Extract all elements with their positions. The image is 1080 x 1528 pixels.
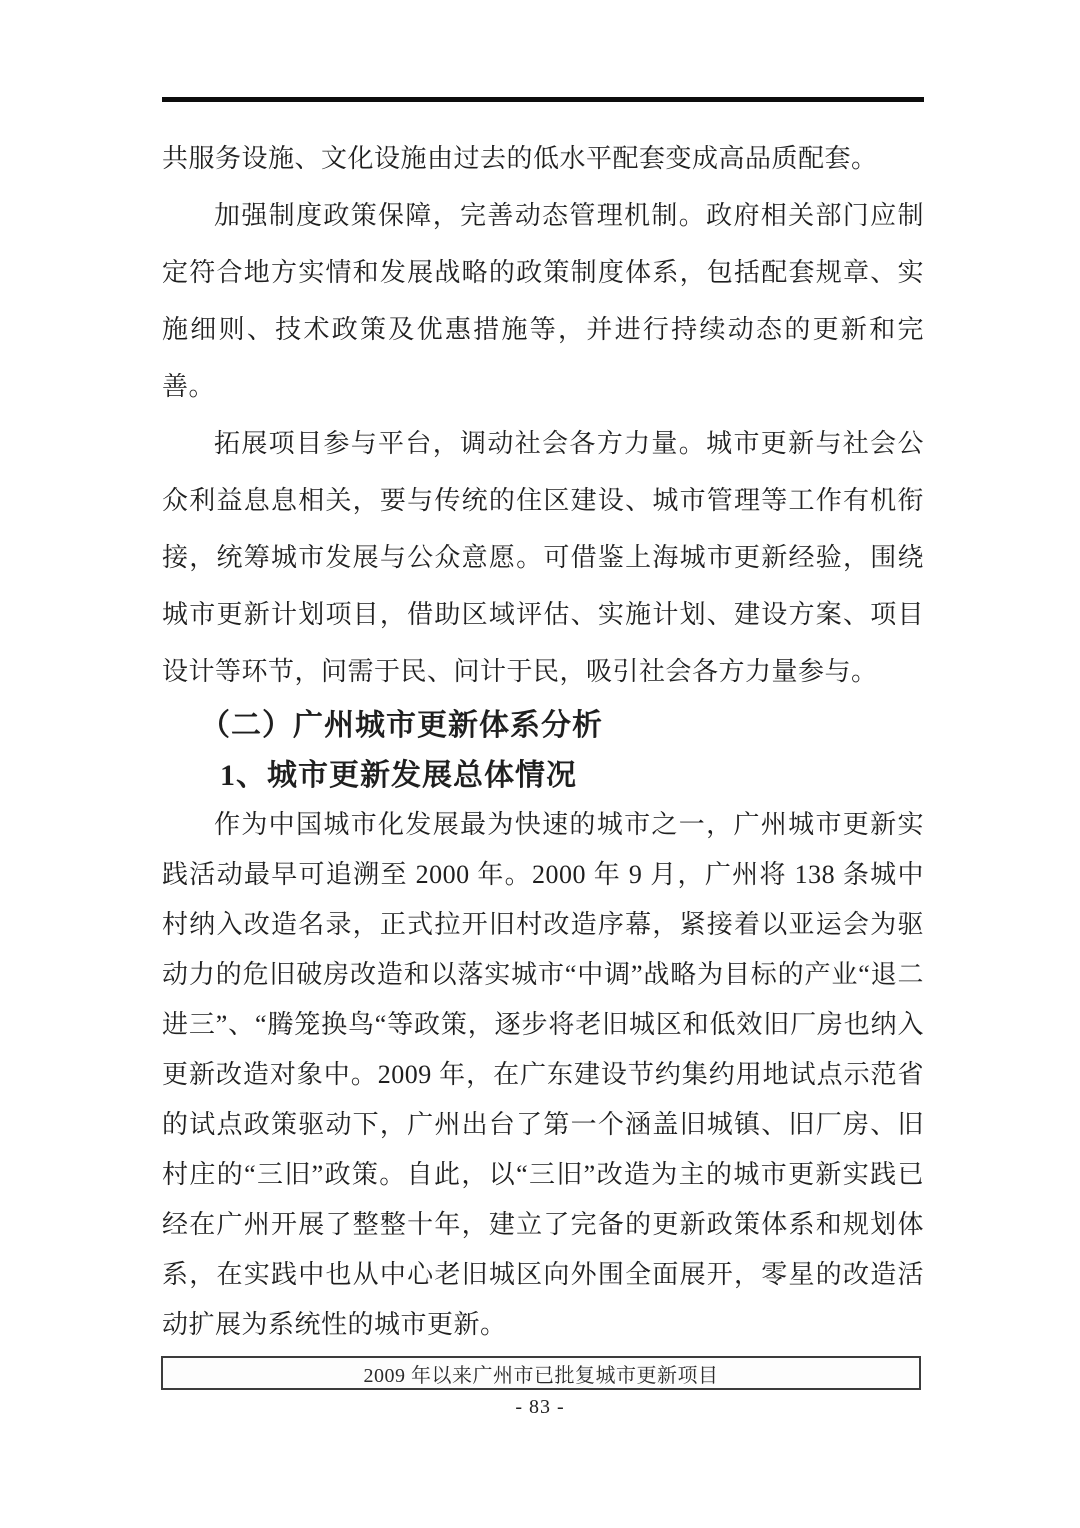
table-caption-cell: 2009 年以来广州市已批复城市更新项目	[161, 1356, 921, 1390]
paragraph-policy-guarantee: 加强制度政策保障，完善动态管理机制。政府相关部门应制定符合地方实情和发展战略的政…	[162, 187, 924, 415]
sub-heading-overall-development: 1、城市更新发展总体情况	[162, 752, 924, 800]
paragraph-continuation: 共服务设施、文化设施由过去的低水平配套变成高品质配套。	[162, 130, 924, 187]
page-number: - 83 -	[0, 1396, 1080, 1419]
page-body: 共服务设施、文化设施由过去的低水平配套变成高品质配套。 加强制度政策保障，完善动…	[162, 130, 924, 1350]
table-caption-text: 2009 年以来广州市已批复城市更新项目	[364, 1359, 719, 1388]
header-divider-rule	[162, 97, 924, 102]
section-heading-guangzhou-analysis: （二）广州城市更新体系分析	[162, 700, 924, 752]
paragraph-guangzhou-renewal-history: 作为中国城市化发展最为快速的城市之一，广州城市更新实践活动最早可追溯至 2000…	[162, 800, 924, 1350]
document-page: 共服务设施、文化设施由过去的低水平配套变成高品质配套。 加强制度政策保障，完善动…	[0, 0, 1080, 1528]
paragraph-participation-platform: 拓展项目参与平台，调动社会各方力量。城市更新与社会公众利益息息相关，要与传统的住…	[162, 415, 924, 700]
